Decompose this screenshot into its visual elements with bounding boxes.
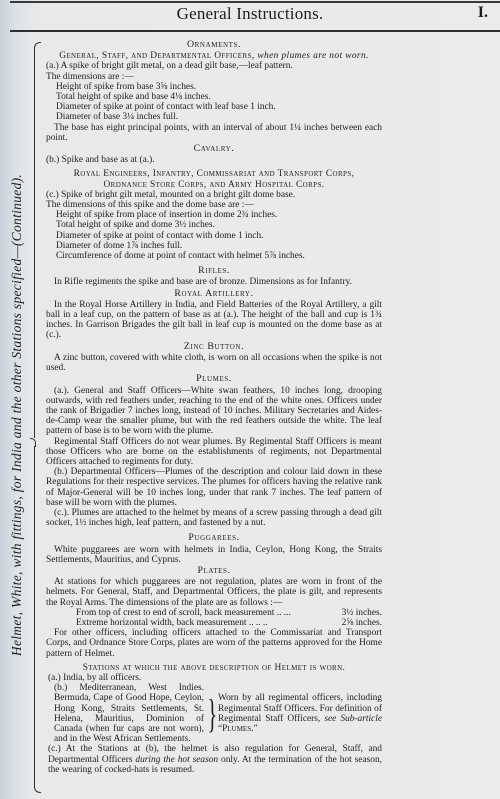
engineers-dim: Circumference of dome at point of contac… bbox=[46, 251, 382, 261]
heading-puggarees: Puggarees. bbox=[46, 533, 382, 543]
ornaments-dim: Diameter of base 3¼ inches full. bbox=[46, 112, 382, 122]
header-rule bbox=[10, 30, 500, 32]
artillery-text: In the Royal Horse Artillery in India, a… bbox=[46, 300, 382, 341]
bracket-bottom bbox=[34, 784, 41, 793]
plates-text: At stations for which puggarees are not … bbox=[46, 577, 382, 608]
plates-dim-row: From top of crest to end of scroll, back… bbox=[46, 608, 382, 618]
heading-royal-artillery: Royal Artillery. bbox=[46, 289, 382, 299]
ornaments-dims-intro: The dimensions are :— bbox=[46, 72, 382, 82]
plates-dim-row: Extreme horizontal width, back measureme… bbox=[46, 618, 382, 628]
bracket-line-upper bbox=[34, 50, 35, 438]
rifles-text: In Rifle regiments the spike and base ar… bbox=[46, 277, 382, 287]
ornaments-dim: Total height of spike and base 4⅛ inches… bbox=[46, 92, 382, 102]
heading-ornaments: Ornaments. bbox=[46, 40, 382, 50]
heading-zinc-button: Zinc Button. bbox=[46, 342, 382, 352]
engineers-dim: Diameter of dome 1⅞ inches full. bbox=[46, 241, 382, 251]
top-rule bbox=[10, 1, 500, 3]
plates-other: For other officers, including officers a… bbox=[46, 628, 382, 659]
stations-c: (c.) At the Stations at (b), the helmet … bbox=[46, 744, 382, 775]
margin-label: Helmet, White, with fittings, for India … bbox=[2, 40, 32, 790]
zinc-button-text: A zinc button, covered with white cloth,… bbox=[46, 353, 382, 373]
ornaments-base-note: The base has eight principal points, wit… bbox=[46, 123, 382, 143]
puggarees-text: White puggarees are worn with helmets in… bbox=[46, 545, 382, 565]
engineers-dim: Height of spike from place of insertion … bbox=[46, 210, 382, 220]
ornaments-a: (a.) A spike of bright gilt metal, on a … bbox=[46, 61, 382, 71]
plumes-c: (c.). Plumes are attached to the helmet … bbox=[46, 508, 382, 528]
margin-label-text: Helmet, White, with fittings, for India … bbox=[9, 174, 25, 656]
stations-b-list: (b.) Mediterranean, West Indies. Bermuda… bbox=[54, 683, 204, 744]
subheading-general-staff: General, Staff, and Departmental Officer… bbox=[46, 51, 382, 61]
section-number: I. bbox=[478, 4, 488, 22]
heading-engineers-2: Ordnance Store Corps, and Army Hospital … bbox=[46, 180, 382, 190]
engineers-c: (c.) Spike of bright gilt metal, mounted… bbox=[46, 190, 382, 200]
ornaments-dim: Height of spike from base 3⅝ inches. bbox=[46, 82, 382, 92]
cavalry-b: (b.) Spike and base as at (a.). bbox=[46, 155, 382, 165]
content: Ornaments. General, Staff, and Departmen… bbox=[46, 39, 382, 775]
heading-stations: Stations at which the above description … bbox=[46, 663, 382, 673]
heading-plates: Plates. bbox=[46, 566, 382, 576]
bracket-mid bbox=[30, 438, 36, 447]
plumes-regimental: Regimental Staff Officers do not wear pl… bbox=[46, 437, 382, 468]
engineers-dims-intro: The dimensions of this spike and the dom… bbox=[46, 200, 382, 210]
heading-engineers-1: Royal Engineers, Infantry, Commissariat … bbox=[46, 169, 382, 179]
stations-b: (b.) Mediterranean, West Indies. Bermuda… bbox=[46, 683, 382, 744]
brace-icon: } bbox=[208, 694, 215, 734]
heading-cavalry: Cavalry. bbox=[46, 144, 382, 154]
stations-b-note: Worn by all regimental officers, includi… bbox=[218, 693, 382, 734]
heading-plumes: Plumes. bbox=[46, 374, 382, 384]
bracket-line-lower bbox=[34, 446, 35, 784]
document-page: General Instructions. I. Helmet, White, … bbox=[0, 0, 500, 799]
engineers-dim: Diameter of spike at point of contact wi… bbox=[46, 231, 382, 241]
stations-a: (a.) India, by all officers. bbox=[46, 673, 382, 683]
ornaments-dim: Diameter of spike at point of contact wi… bbox=[46, 102, 382, 112]
plumes-b: (b.) Departmental Officers—Plumes of the… bbox=[46, 467, 382, 508]
engineers-dim: Total height of spike and dome 3½ inches… bbox=[46, 220, 382, 230]
page-title: General Instructions. bbox=[0, 4, 500, 24]
bracket-top bbox=[34, 42, 41, 51]
plumes-a: (a.). General and Staff Officers—White s… bbox=[46, 386, 382, 437]
heading-rifles: Rifles. bbox=[46, 266, 382, 276]
